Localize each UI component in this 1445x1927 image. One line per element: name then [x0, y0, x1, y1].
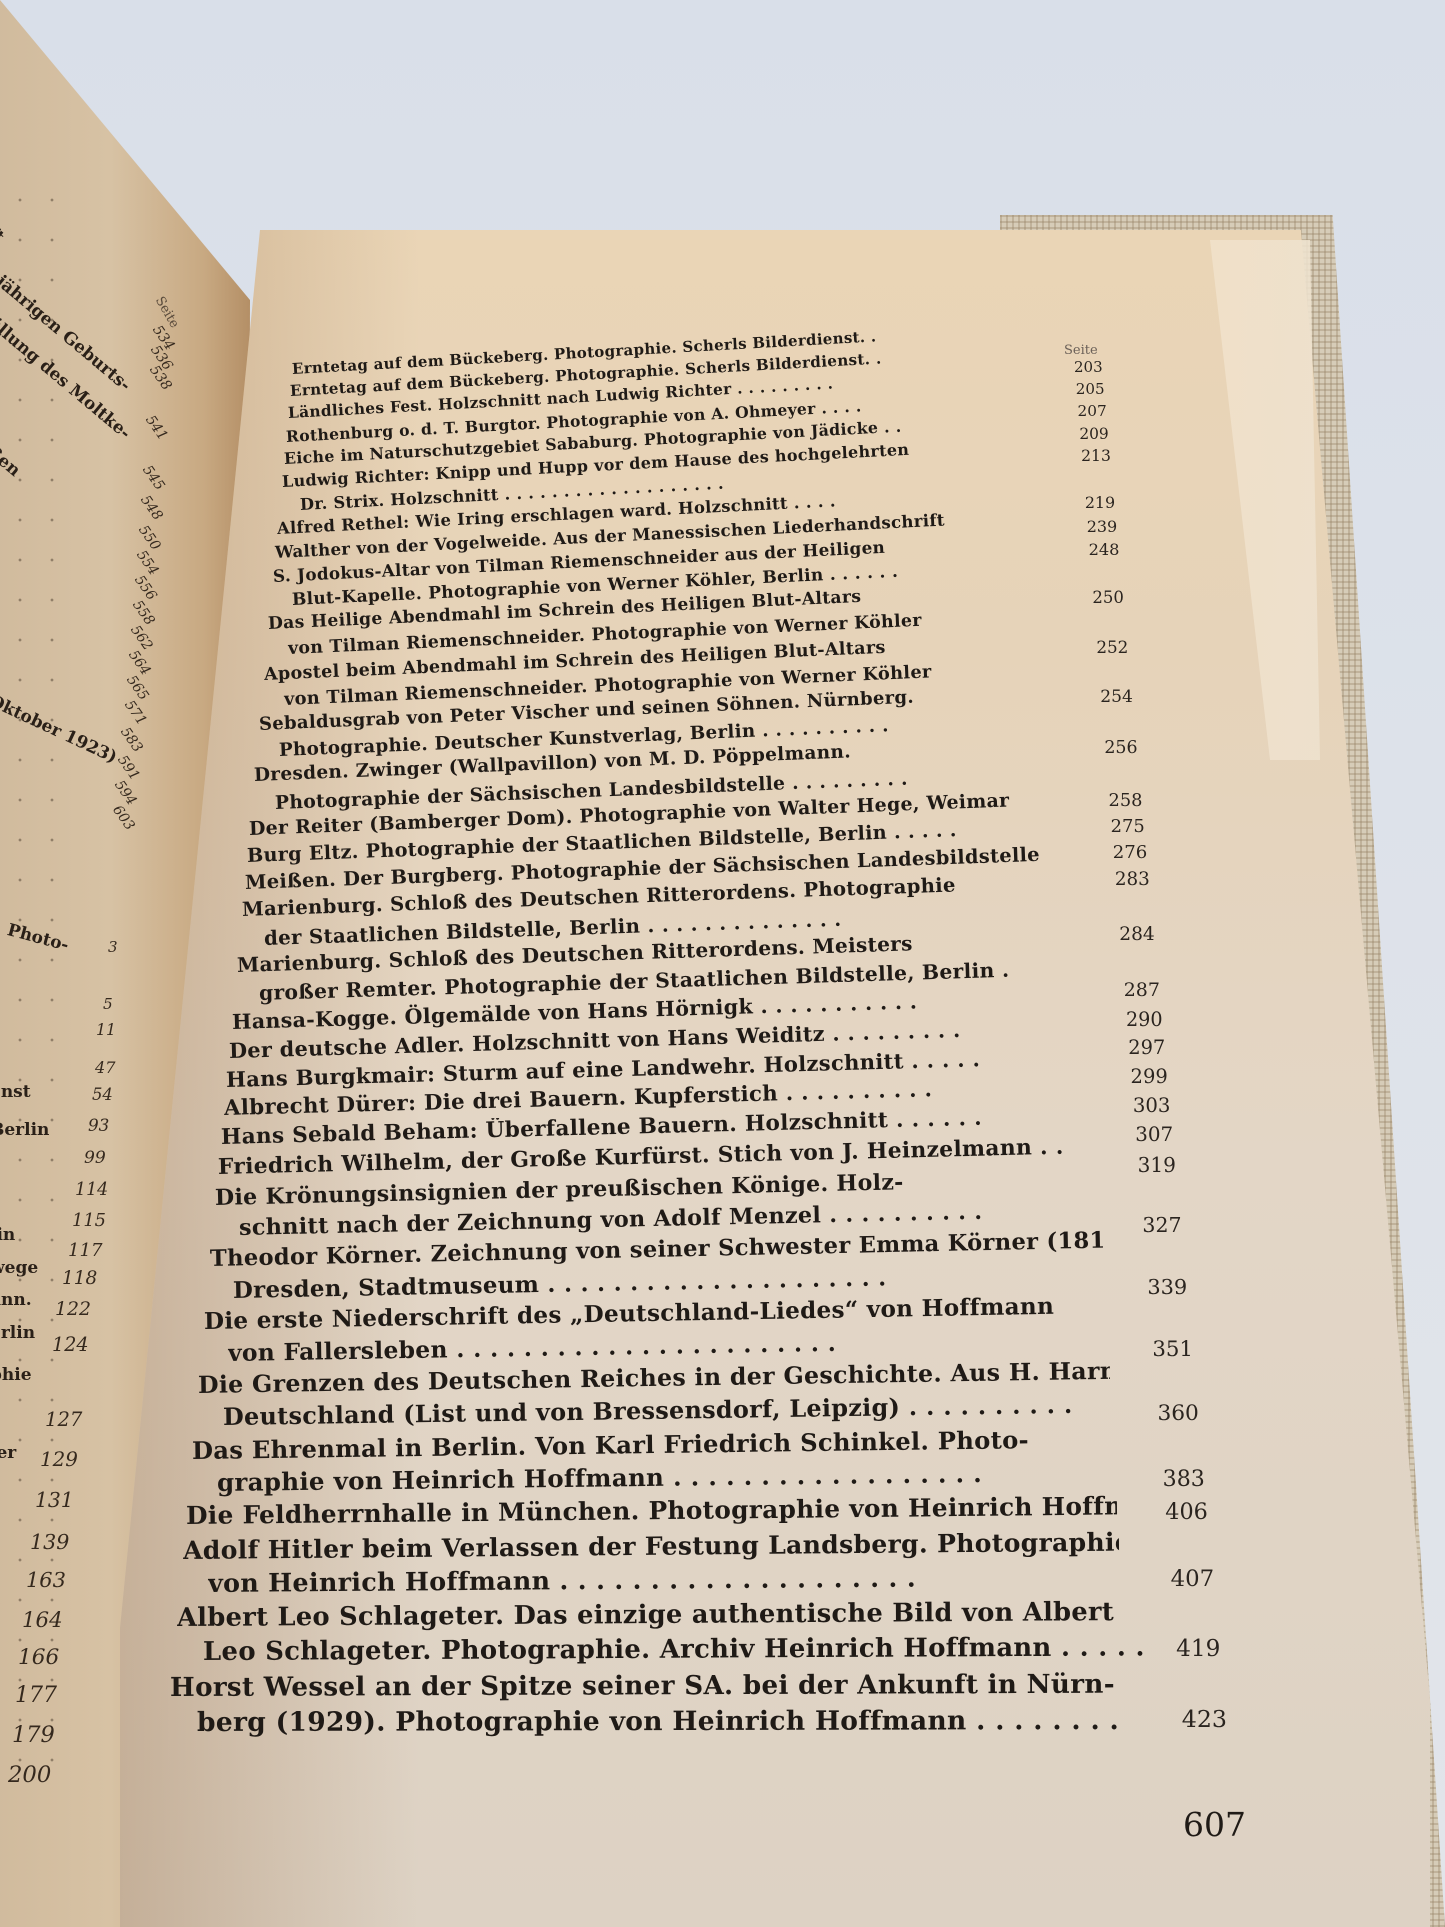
index-entry-page: 290: [1126, 1008, 1163, 1031]
index-entry-page: 383: [1163, 1466, 1205, 1492]
index-entry-page: 303: [1133, 1094, 1171, 1117]
index-entry-page: 239: [1087, 517, 1118, 536]
index-entry-page: 319: [1138, 1153, 1176, 1177]
index-entry-page: 213: [1081, 447, 1111, 465]
index-entry-line: Leo Schlageter. Photographie. Archiv Hei…: [202, 1632, 1154, 1667]
index-entry-page: 205: [1076, 380, 1105, 398]
index-entry-page: 423: [1182, 1705, 1227, 1733]
index-entry-line: graphie von Heinrich Hoffmann . . . . . …: [217, 1457, 1144, 1497]
index-entry-page: 256: [1104, 738, 1137, 758]
index-entry-page: 339: [1147, 1275, 1187, 1299]
index-entry-line: berg (1929). Photographie von Heinrich H…: [197, 1705, 1159, 1738]
index-entry-page: 327: [1142, 1213, 1181, 1237]
page-number: 607: [1183, 1805, 1246, 1844]
index-entry-page: 299: [1131, 1065, 1168, 1088]
index-entry-page: 284: [1119, 924, 1155, 945]
index-entry-page: 252: [1096, 637, 1128, 657]
index-entry-page: 297: [1128, 1036, 1165, 1059]
index-entry-page: 203: [1074, 358, 1103, 376]
index-entry-page: 254: [1100, 687, 1133, 707]
index-entry-line: Horst Wessel an der Spitze seiner SA. be…: [170, 1668, 1127, 1702]
index-entry-page: 307: [1135, 1123, 1173, 1146]
index-entry-page: 209: [1079, 425, 1108, 443]
index-entry-page: 406: [1165, 1499, 1208, 1525]
index-entry-page: 276: [1113, 842, 1148, 863]
index-entry-page: 258: [1109, 790, 1143, 811]
index-entry-page: 351: [1152, 1337, 1193, 1362]
index-entry-page: 407: [1171, 1566, 1215, 1592]
column-header-seite: Seite: [1064, 343, 1098, 358]
index-entry-page: 207: [1078, 402, 1107, 420]
index-entry-page: 283: [1115, 869, 1150, 890]
index-entry-line: Albert Leo Schlageter. Das einzige authe…: [177, 1597, 1124, 1633]
index-entry-line: Adolf Hitler beim Verlassen der Festung …: [183, 1526, 1119, 1564]
index-entry-line: Die Feldherrnhalle in München. Photograp…: [186, 1492, 1117, 1531]
illustration-index: Seite 607 Erntetag auf dem Bückeberg. Ph…: [0, 0, 1445, 1927]
index-entry-line: von Heinrich Hoffmann . . . . . . . . . …: [208, 1561, 1149, 1598]
index-entry-page: 275: [1111, 816, 1145, 837]
index-entry-page: 360: [1157, 1401, 1198, 1426]
index-entry-page: 219: [1085, 493, 1115, 512]
index-entry-page: 248: [1089, 540, 1120, 559]
index-entry-page: 287: [1124, 979, 1160, 1001]
index-entry-page: 250: [1092, 588, 1124, 607]
index-entry-page: 419: [1176, 1635, 1220, 1662]
